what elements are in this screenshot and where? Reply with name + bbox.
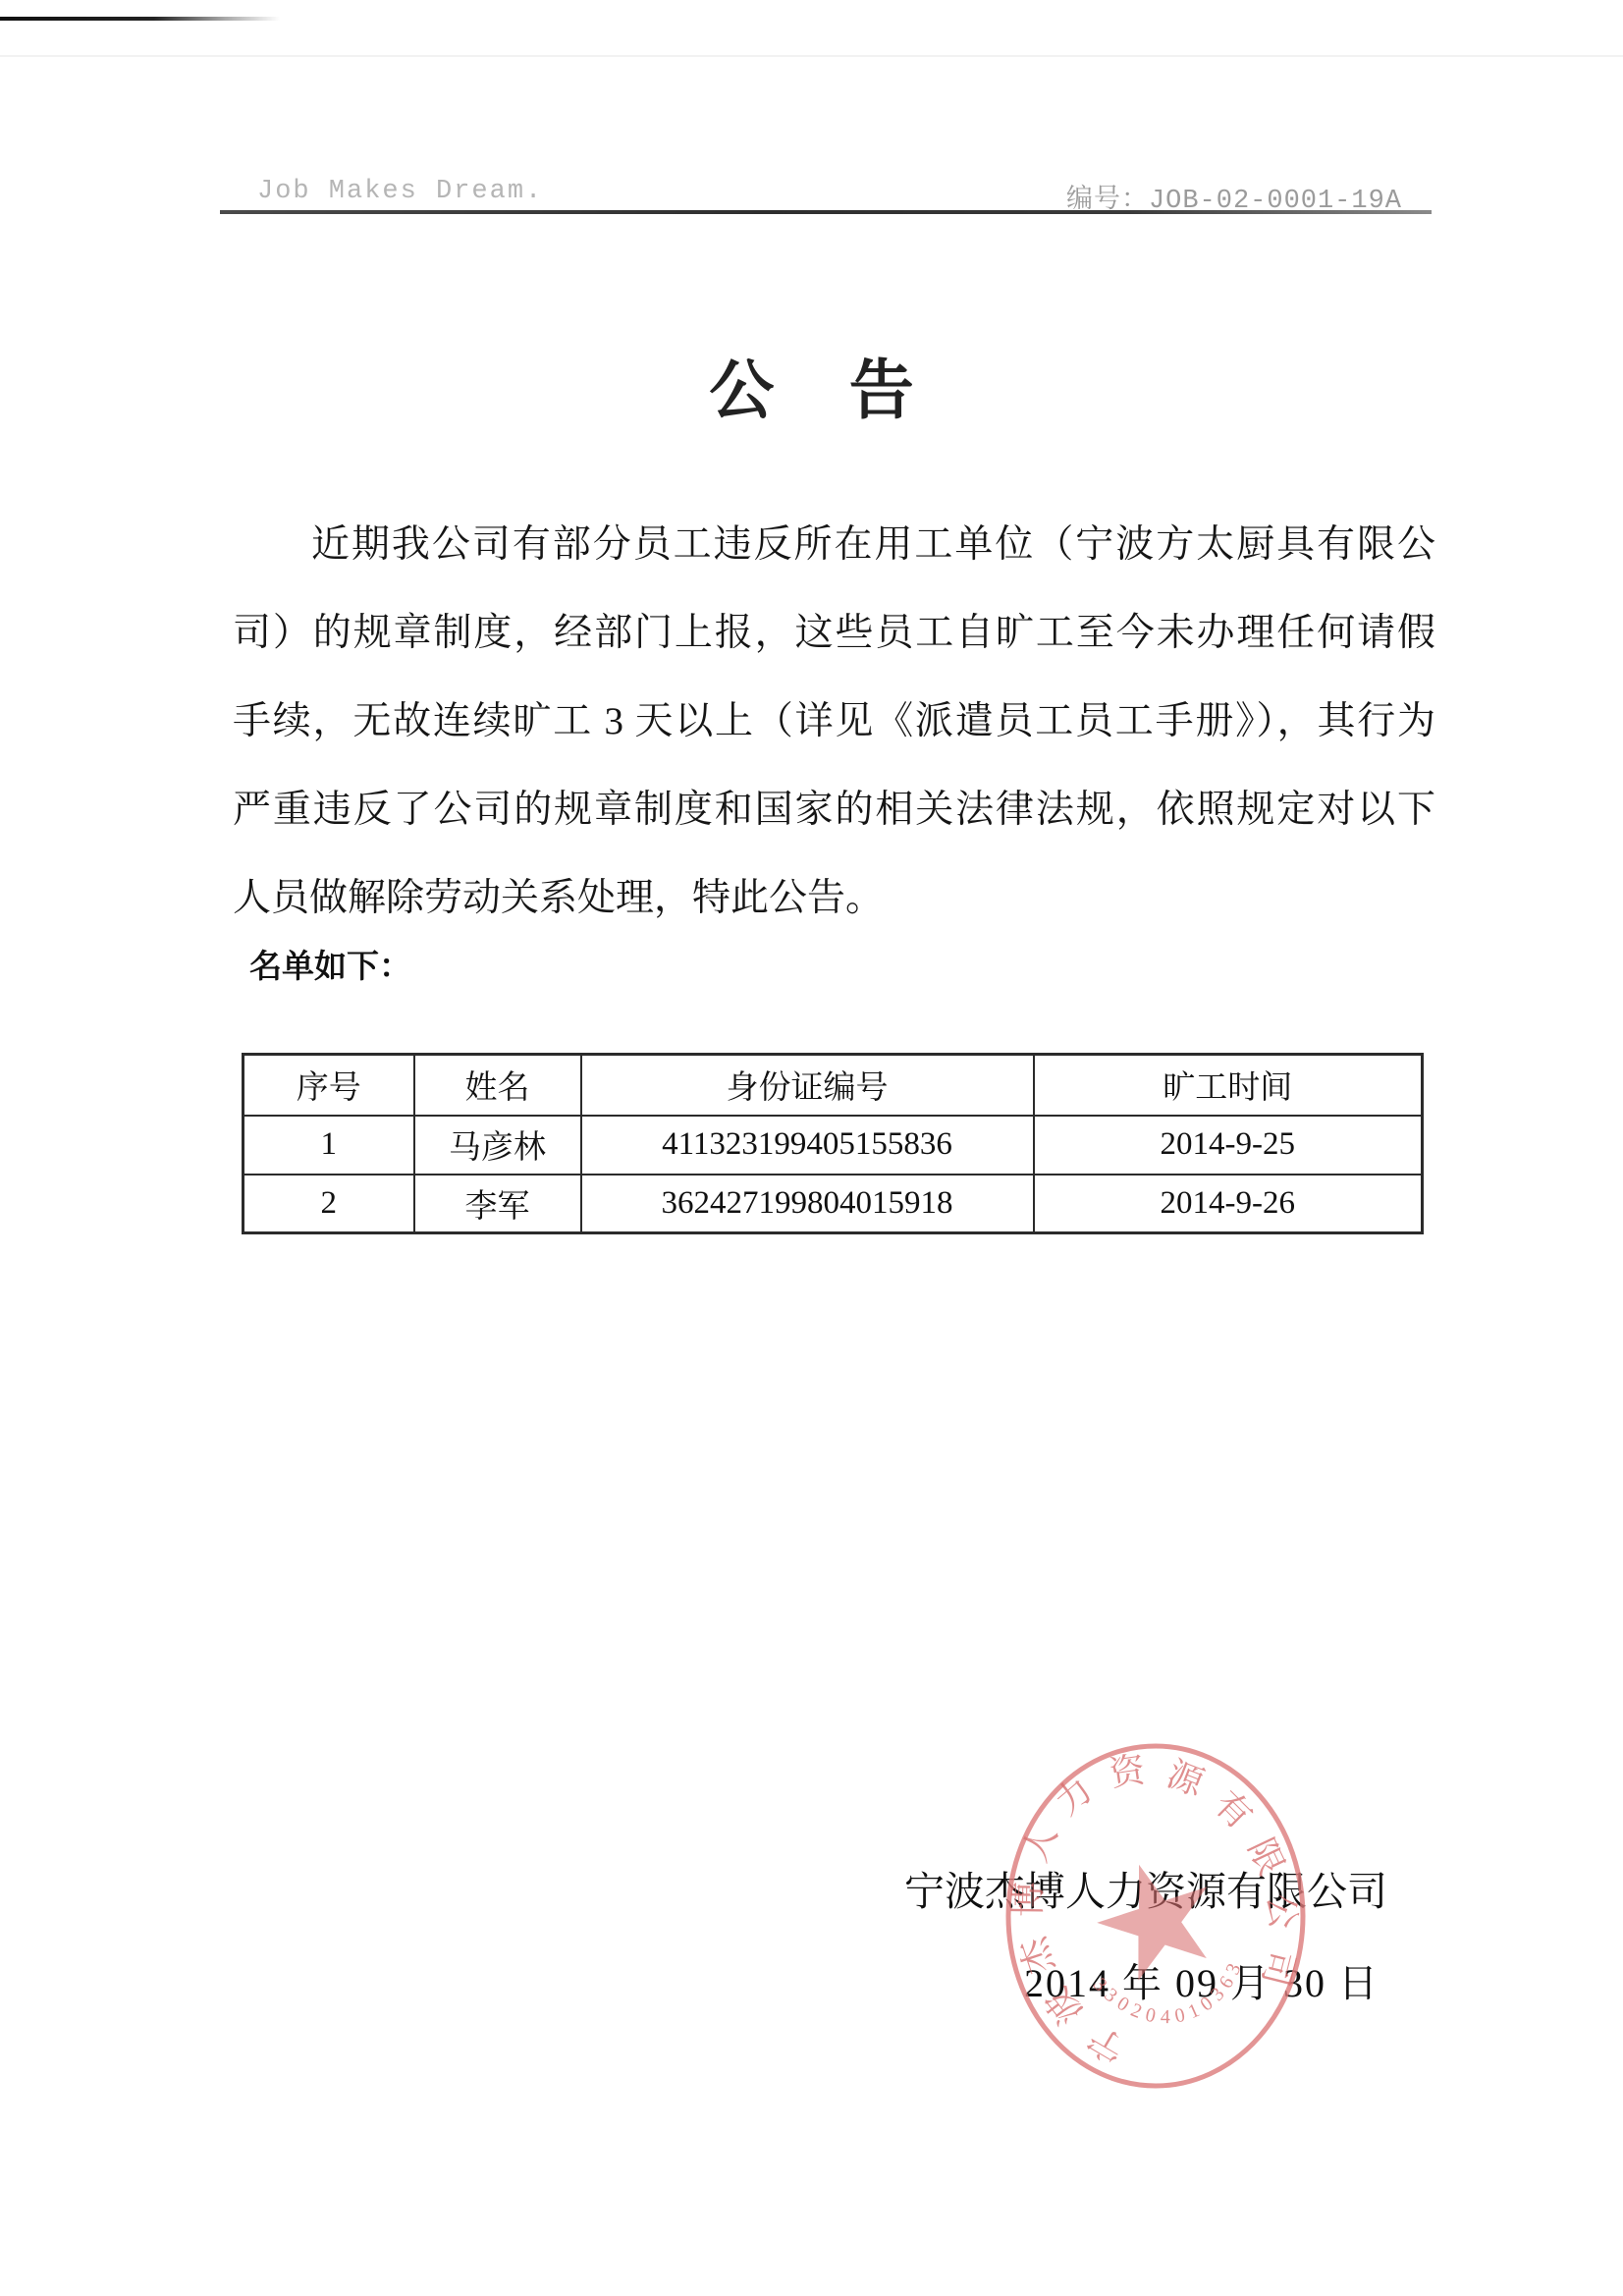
cell-absence-date: 2014-9-25: [1034, 1116, 1423, 1175]
cell-id-number: 411323199405155836: [581, 1116, 1034, 1175]
cell-index: 1: [243, 1116, 414, 1175]
dismissal-table: 序号 姓名 身份证编号 旷工时间 1 马彦林 41132319940515583…: [242, 1053, 1424, 1234]
col-header-index: 序号: [243, 1055, 414, 1116]
roster-label: 名单如下：: [249, 941, 411, 987]
announcement-body: 近期我公司有部分员工违反所在用工单位（宁波方太厨具有限公 司）的规章制度，经部门…: [233, 501, 1435, 943]
cell-name: 马彦林: [414, 1116, 581, 1175]
body-line: 近期我公司有部分员工违反所在用工单位（宁波方太厨具有限公: [233, 501, 1435, 589]
col-header-name: 姓名: [414, 1055, 581, 1116]
table-row: 1 马彦林 411323199405155836 2014-9-25: [243, 1116, 1423, 1175]
header-slogan: Job Makes Dream.: [257, 177, 543, 206]
signature-date: 2014 年 09 月 30 日: [1024, 1952, 1380, 2008]
signature-company-name: 宁波杰博人力资源有限公司: [904, 1859, 1387, 1917]
cell-absence-date: 2014-9-26: [1034, 1175, 1423, 1233]
document-page: Job Makes Dream. 编号：JOB-02-0001-19A 公 告 …: [0, 0, 1623, 2296]
body-line: 手续，无故连续旷工 3 天以上（详见《派遣员工员工手册》），其行为: [233, 678, 1435, 766]
table-row: 2 李军 362427199804015918 2014-9-26: [243, 1175, 1423, 1233]
page-title: 公 告: [0, 338, 1623, 431]
scan-artifact-line: [0, 17, 280, 21]
col-header-id-number: 身份证编号: [581, 1055, 1034, 1116]
cell-index: 2: [243, 1175, 414, 1233]
cell-id-number: 362427199804015918: [581, 1175, 1034, 1233]
cell-name: 李军: [414, 1175, 581, 1233]
body-line: 严重违反了公司的规章制度和国家的相关法律法规，依照规定对以下: [233, 766, 1435, 854]
table-header-row: 序号 姓名 身份证编号 旷工时间: [243, 1055, 1423, 1116]
body-line: 人员做解除劳动关系处理，特此公告。: [233, 854, 1435, 943]
header-rule: [220, 210, 1432, 214]
body-line: 司）的规章制度，经部门上报，这些员工自旷工至今未办理任何请假: [233, 589, 1435, 678]
scan-artifact-faint-line: [0, 55, 1623, 57]
col-header-absence-date: 旷工时间: [1034, 1055, 1423, 1116]
